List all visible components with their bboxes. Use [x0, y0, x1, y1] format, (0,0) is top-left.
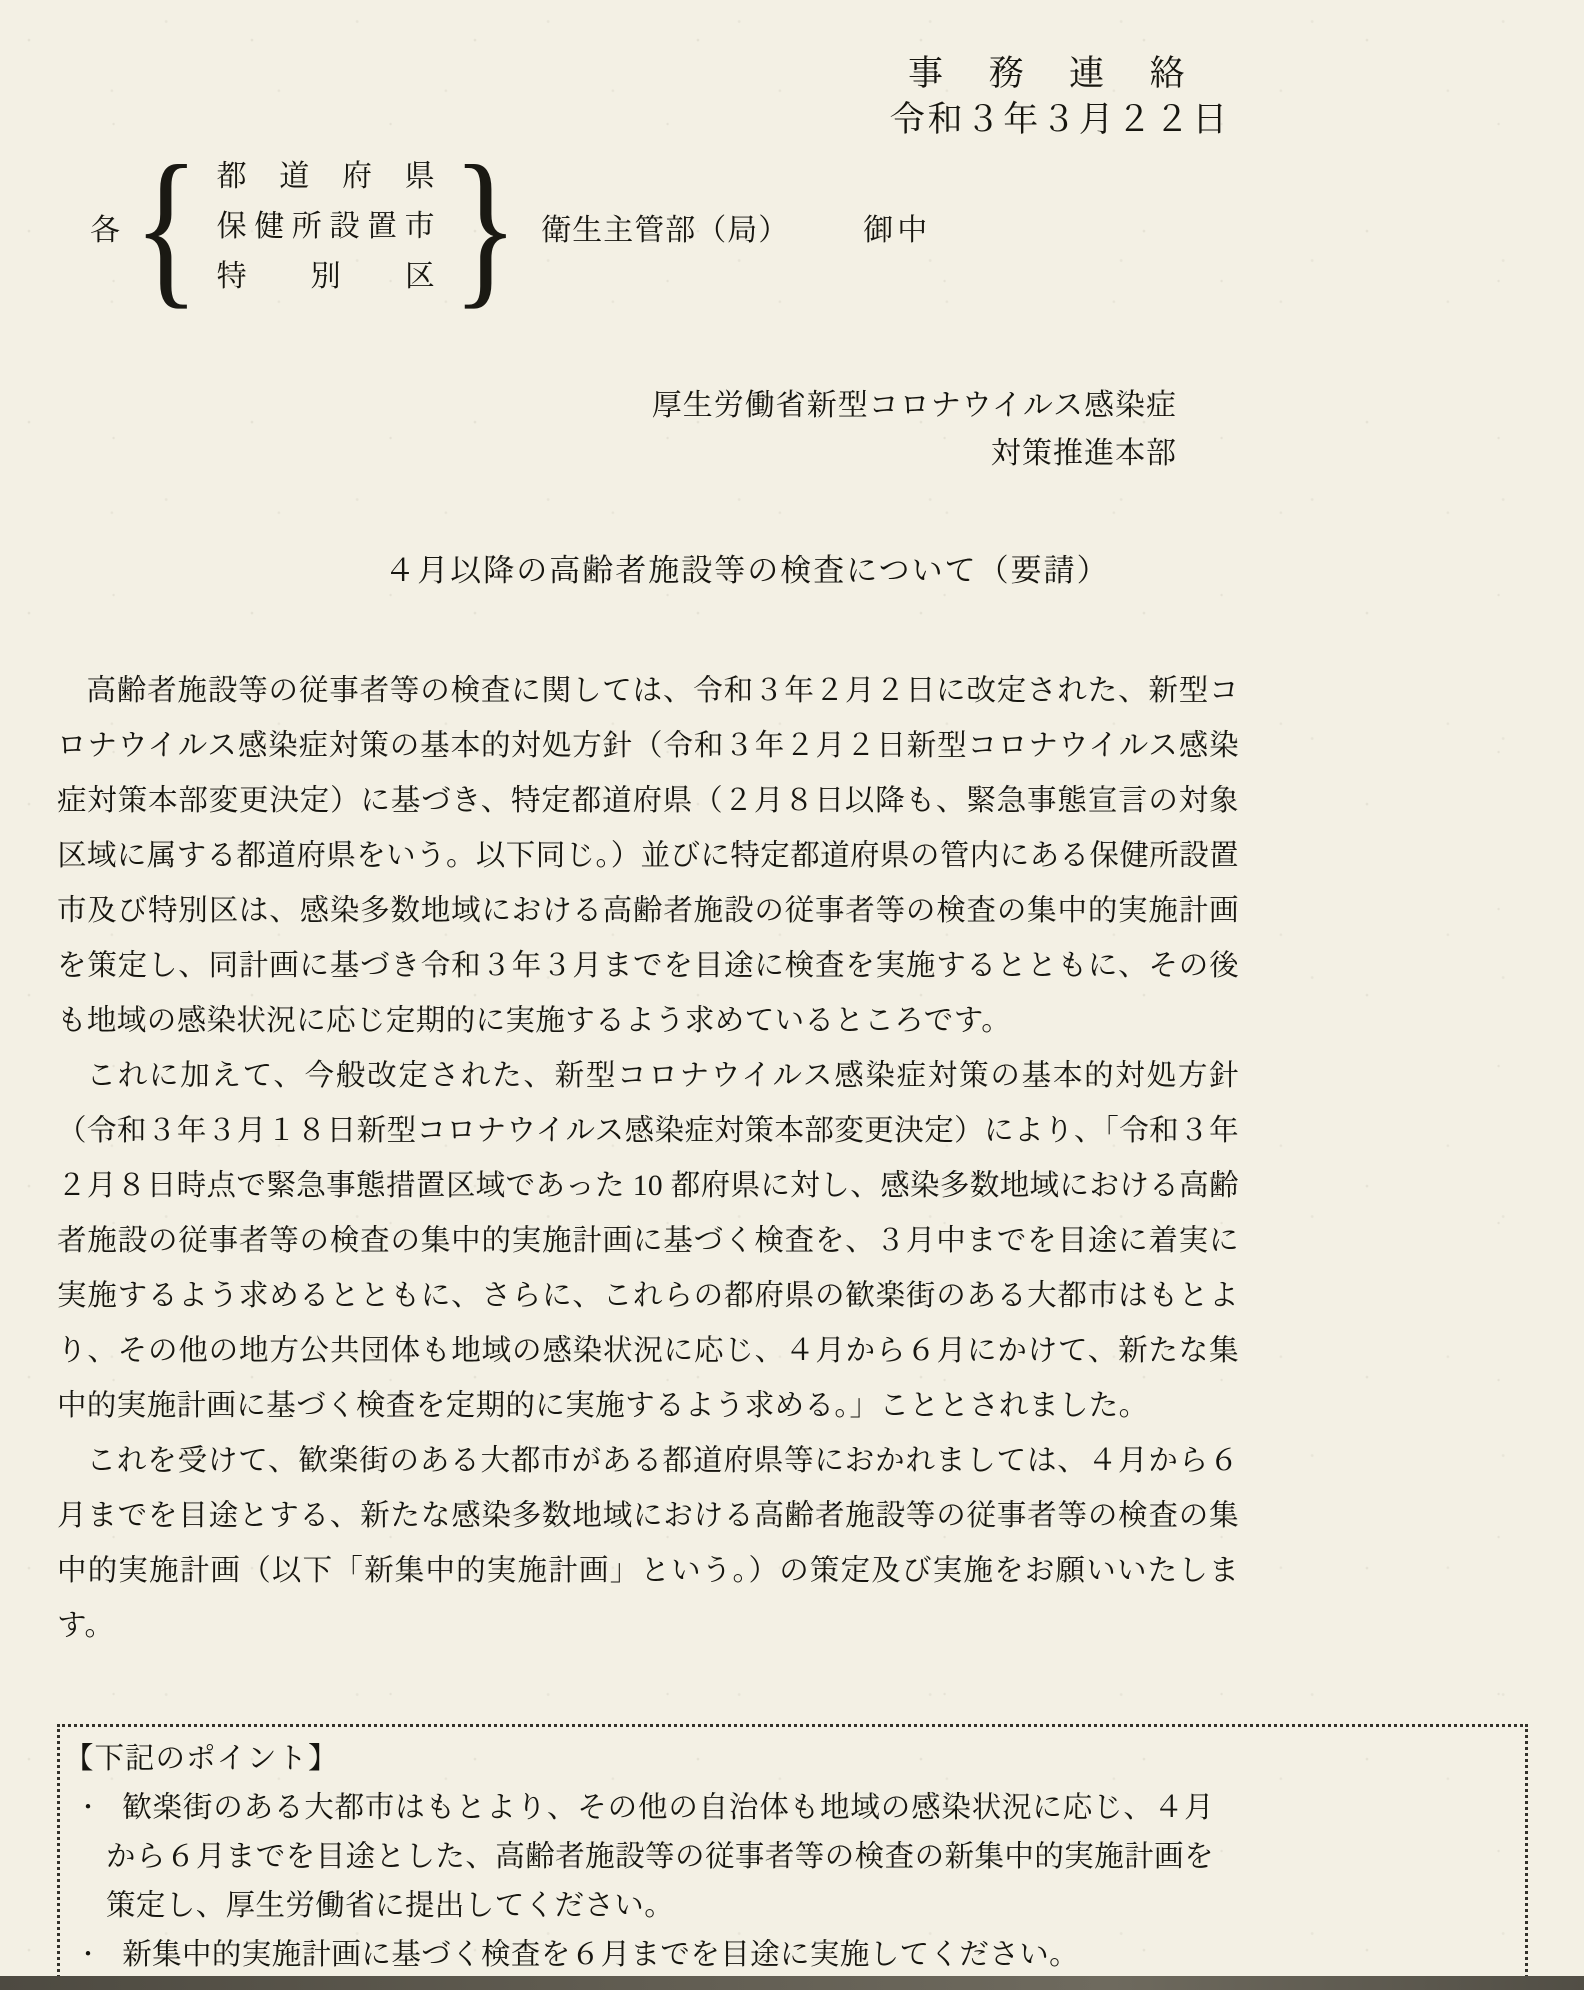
paragraph-3: これを受けて、歓楽街のある大都市がある都道府県等におかれましては、４月から６月ま… [57, 1434, 1239, 1654]
addressee-prefix: 各 [90, 205, 120, 249]
paragraph-2: これに加えて、今般改定された、新型コロナウイルス感染症対策の基本的対処方針（令和… [57, 1049, 1239, 1434]
point-text-2: 新集中的実施計画に基づく検査を６月までを目途に実施してください。 [106, 1931, 1079, 1980]
doc-type-label: 事務連絡 [0, 52, 1230, 96]
sender-block: 厚生労働省新型コロナウイルス感染症 対策推進本部 [0, 382, 1584, 478]
addressee-block: 各 { 都道府県 保健所設置市 特別区 } 衛生主管部（局） 御中 [90, 152, 1584, 302]
title-wrap: ４月以降の高齢者施設等の検査について（要請） [57, 548, 1437, 594]
sender-division: 対策推進本部 [0, 430, 1177, 478]
bullet-marker: ・ [76, 1784, 106, 1931]
addressee-honorific: 御中 [863, 205, 931, 249]
points-box: 【下記のポイント】 ・ 歓楽街のある大都市はもとより、その他の自治体も地域の感染… [57, 1724, 1528, 1990]
recipient-prefectures: 都道府県 [217, 152, 435, 202]
points-box-heading: 【下記のポイント】 [64, 1735, 1511, 1784]
document-title: ４月以降の高齢者施設等の検査について（要請） [57, 548, 1437, 594]
sender-organization: 厚生労働省新型コロナウイルス感染症 [0, 382, 1177, 430]
right-brace: } [452, 149, 518, 305]
document-page: 事務連絡 令和３年３月２２日 各 { 都道府県 保健所設置市 特別区 } 衛生主… [0, 0, 1584, 1990]
recipient-list: 都道府県 保健所設置市 特別区 [217, 152, 435, 302]
point-item-2: ・ 新集中的実施計画に基づく検査を６月までを目途に実施してください。 [64, 1931, 1511, 1980]
bullet-marker: ・ [76, 1931, 106, 1980]
document-body: 高齢者施設等の従事者等の検査に関しては、令和３年２月２日に改定された、新型コロナ… [57, 664, 1239, 1654]
point-text-1: 歓楽街のある大都市はもとより、その他の自治体も地域の感染状況に応じ、４月から６月… [106, 1784, 1214, 1931]
addressee-department: 衛生主管部（局） [541, 205, 789, 249]
point-item-1: ・ 歓楽街のある大都市はもとより、その他の自治体も地域の感染状況に応じ、４月から… [64, 1784, 1511, 1931]
scanner-edge-artifact [0, 1976, 1584, 1990]
document-header: 事務連絡 令和３年３月２２日 [0, 52, 1584, 144]
recipient-health-center-cities: 保健所設置市 [217, 202, 435, 252]
recipient-special-wards: 特別区 [217, 252, 435, 302]
left-brace: { [133, 149, 199, 305]
paragraph-1: 高齢者施設等の従事者等の検査に関しては、令和３年２月２日に改定された、新型コロナ… [57, 664, 1239, 1049]
